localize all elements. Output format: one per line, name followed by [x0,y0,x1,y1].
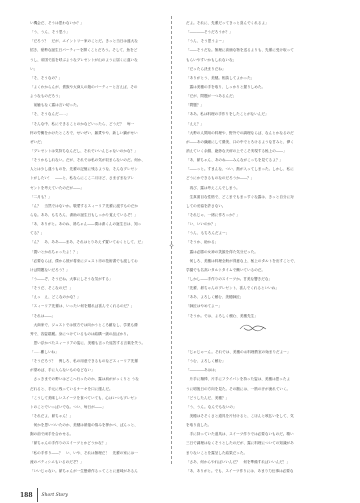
separator-ornament-icon: ✧ [168,243,175,250]
text-line: 「こうして美味しいスイーツを食べていても、心はいつもプレゼン [30,394,168,403]
text-line: 「そうだ、そこなのだ！」 [30,284,168,293]
text-line: 「うむ、よろしく頼む」 [186,357,324,366]
text-line: 「それだよ、昴ちゃん！」 [30,412,168,421]
text-line: 「う、うん、そう思う」 [30,28,168,37]
text-line: 前触もなく露は言い切った。 [30,101,168,110]
text-line: 杯の労働をかけたところで、せいぜい、雑貨やや、新しい鍋がせい [30,129,168,138]
text-line: 「しかし――手作りのスイーツか。甘美な響きだな」 [186,275,324,284]
text-line: けば問題ないだろう？」 [30,266,168,275]
text-line: うし、帝国で話を呼ぶようなプレゼントが山のように届くに違いな [30,56,168,65]
text-line: 露は必勝の女神の笑顔を得た気分だった。 [186,248,324,257]
text-line: 「大勢の人間用の料理や、野外での調理ならば、なんとかなるのだ [186,129,324,138]
text-line: 「だろう？ だが、エイントリー家のことだ。きっと当日は盛大な [30,37,168,46]
text-line: 何かを思いついたのか、美穂は昴姫の悩みを押かべ、ぱんっと、 [30,421,168,430]
text-line: だよ。それに、先輩だってきっと喜んでくれるよ」 [186,19,324,28]
text-line: うに明後日の方向を見た。その額には、一筋の汗が流れていく。 [186,385,324,394]
text-line: 「い、いいのか？」 [186,220,324,229]
text-line: 「そうだろう？ 例しろ、私の用意できるものなどスィーリア先輩 [30,357,168,366]
text-line: 胸の前で両手を合わせる。 [30,430,168,439]
text-line: 「それは――」 [30,312,168,321]
text-line: 「だったら決まりだね」 [186,65,324,74]
text-line: を取り直した。 [186,421,324,430]
left-text-column: い機会だ、そうは思わないか？」「う、うん、そう思う」「だろう？ だが、エイントリ… [30,19,168,476]
text-line: 手に持っていた道具は、スイーツ作りでは必要ないものだ。精い [186,430,324,439]
text-line: 「――――あはは」 [186,366,324,375]
text-line: 人とは少し違うものを、先輩の記憶に残るような、そんなプレゼン [30,165,168,174]
text-line: 「う――ぞ、そうだね。大事にしそうな気がする」 [30,275,168,284]
text-line: 三日で調理はなくそうとしたのだが、露に料理についての知識があ [186,439,324,448]
text-line: 秀で、容姿端麗。身につけているものは結構一級の品ばかり。 [30,330,168,339]
text-line: が――あの繊細にして優美、口の中でとろけるような甘みと、儚く [186,138,324,147]
text-line: 「師匠はやめてよー」 [186,302,324,311]
footer-divider [37,488,38,502]
text-line: 「プレゼントは気持ちなんだし、それでいいんじゃないのかな？」 [30,147,168,156]
text-line: 「そんな中、私にできることのかなどいったら、どうだ？ 毎一 [30,120,168,129]
text-line: 学園でも名高いタルトタイムで働いているのだ。 [186,266,324,275]
text-line: 「先輩、昴ちゃんのプレゼント、喜んでくれるといいね」 [186,284,324,293]
text-line: 「そ、そうなんだ……」 [30,110,168,119]
text-line: 「昴ちゃんの手作りのスイーツとかどうかな？」 [30,439,168,448]
text-line: が望めば、手に入らないものなどない」 [30,366,168,375]
running-title: Short Story [42,493,68,498]
text-line: 流のパティシエもいるのだぞ？」 [30,458,168,467]
text-line: 「ん？ あ、ああ――まあ、それはとりあえず置いておくとして、だ」 [30,238,168,247]
text-line: 「あ、昴ちゃん、あのね――みんながこっちを見てるよ？」 [186,156,324,165]
text-line: 「だが、問題が一つあるんだ」 [186,92,324,101]
text-line: 「スィーリア先輩は、いったい何を贈れば喜んでくれるのだ？」 [30,302,168,311]
text-line: 「――っと。すまんな、つい、熱が入ってしまった。しかし、私に [186,165,324,174]
text-line: 「そうかもしれない。だが、それでは私の気が収まらないのだ。何か、 [30,156,168,165]
text-line: 「それじゃ、一緒に作ろっか？」 [186,211,324,220]
right-text-column: だよ。それに、先輩だってきっと喜んでくれるよ」「――――そうだろうか？」「うん、… [186,19,324,476]
text-line: ゼントを考えていたのだが――」 [30,184,168,193]
text-line: 「ええ？」 [186,120,324,129]
text-line: 「必要ならば、僕から彼が将来にジュスト市の技術書でも渡してお [30,257,168,266]
text-line: 「うん、そう思うよー」 [186,37,324,46]
text-line: い機会だ、そうは思わないか？」 [30,19,168,28]
text-line: 「――――そうだろうか？」 [186,28,324,37]
text-line: 思い浮かべたスィーリアの姿に、美穂も言った返答する言葉を失う。 [30,339,168,348]
text-line: 「うん、もちろんだよー」 [186,229,324,238]
text-line: 消えていく余韻、絶妙な天秤の上でこそ実現する極上の――」 [186,147,324,156]
text-line: 「――そうだな。無理に高価な物を送るよりも、先輩に受け取って [186,46,324,55]
text-line: 「二月も？」 [30,193,168,202]
text-line: まりないことを露呈した結果だった。 [186,449,324,458]
text-line: 生真面目な性格で、どこまでもまっすぐな露は、きっと自分に対 [186,193,324,202]
text-line: 「あ、ありがと。でも、スイーツ作りには、あまり力仕事は必要な [186,467,324,476]
text-line: 美穂はそそくさと道具を片付けると、こほんと咳払いをして、気 [186,412,324,421]
text-line [186,339,324,348]
text-line: トのことでいっぱいでな。つい、毎日が――」 [30,403,168,412]
page-footer: 188 Short Story [20,488,68,502]
text-line: 片手に麺棒、片手にフライパンを持った姿は、美穂は思ったよ [186,375,324,384]
text-line: さっきまでの勢いはどこへ行ったのか、露は肩ががっくりと うな [30,375,168,384]
text-line: トがしたい！ ――と、私ならにここ二月ほど、さまざまなプレ [30,174,168,183]
text-line: 大商家で、ジュストでは彼方では向かうところ敵なし、学業も優 [30,321,168,330]
text-line: 招き、豪勢な誕生日パーティーを開くことだろう。そして、魚をど [30,46,168,55]
text-line: ぜいだ」 [30,138,168,147]
text-line: 「そ、そうなの？」 [30,74,168,83]
text-line: らな。ああ、もちろん、湊助の誕生日もしっかり覚えているぞ！」 [30,211,168,220]
text-line: 「いいじゃない。昴ちゃんが一生懸命作るってことに意味があるん [30,467,168,476]
text-line: 「そうか、助かる」 [186,238,324,247]
text-line: 「問題？」 [186,101,324,110]
text-line: 「う、うん。なんでもないの」 [186,403,324,412]
text-line: 「よくわからんが、貴族や大商人の娘のパーティーと言えば、その [30,83,168,92]
page-number: 188 [20,492,33,499]
text-line: もらいやすいかもしれないな」 [186,56,324,65]
text-line: だれると、手元に残っているケーキを口に運んだ。 [30,385,168,394]
text-line: ようなものだろう」 [30,92,168,101]
text-line: 「ああ。私は料理の手作りをしたことがないんだ」 [186,110,324,119]
text-line: どうにかできるものなのだろうか――？」 [186,174,324,183]
text-line: しての妥協を許さない。 [186,202,324,211]
text-line: 再び、露は考えこんでしまう。 [186,184,324,193]
text-line: 「えっ え、どこなのかな？」 [30,293,168,302]
scene-break-flourish-icon [238,323,268,333]
text-line: 「どうしたんだ、美穂？」 [186,394,324,403]
text-line: 「さあ、何からやればいいんだ？ 何を準備すればいいんだ！」 [186,458,324,467]
text-line: 「……難しいね」 [30,348,168,357]
text-line: い」 [30,65,168,74]
text-line: 「私の手作り――？ い、いや、それは無理だ！ 先輩の家には一 [30,449,168,458]
text-line: てる？」 [30,229,168,238]
text-line: 「ん？ 当然ではないか。敬愛するスィーリア先輩に渡すものだか [30,202,168,211]
text-line: 「ありがとう、美穂。相談してよかった」 [186,74,324,83]
text-line: 「置いとかれちゃったよ！？」 [30,248,168,257]
text-line: 露は美穂の手を取り、しっかりと握りしめた。 [186,83,324,92]
text-line: 何しろ、美穂は料理全般が得意な上、極上のタルトを出すことで、 [186,257,324,266]
text-line: 「あ、ありがと。あのね、昴ちゃん――僕は湊くんの誕生日は、知っ [30,220,168,229]
text-line: 「じゃじゃーん。それでは、美穂のお料理教室の始まりだよー」 [186,348,324,357]
text-line: 「ああ、よろしく頼む、美穂師匠」 [186,293,324,302]
text-line: 「そうか。では、よろしく頼む、美穂先生」 [186,312,324,321]
column-separator-dashed [171,16,172,464]
